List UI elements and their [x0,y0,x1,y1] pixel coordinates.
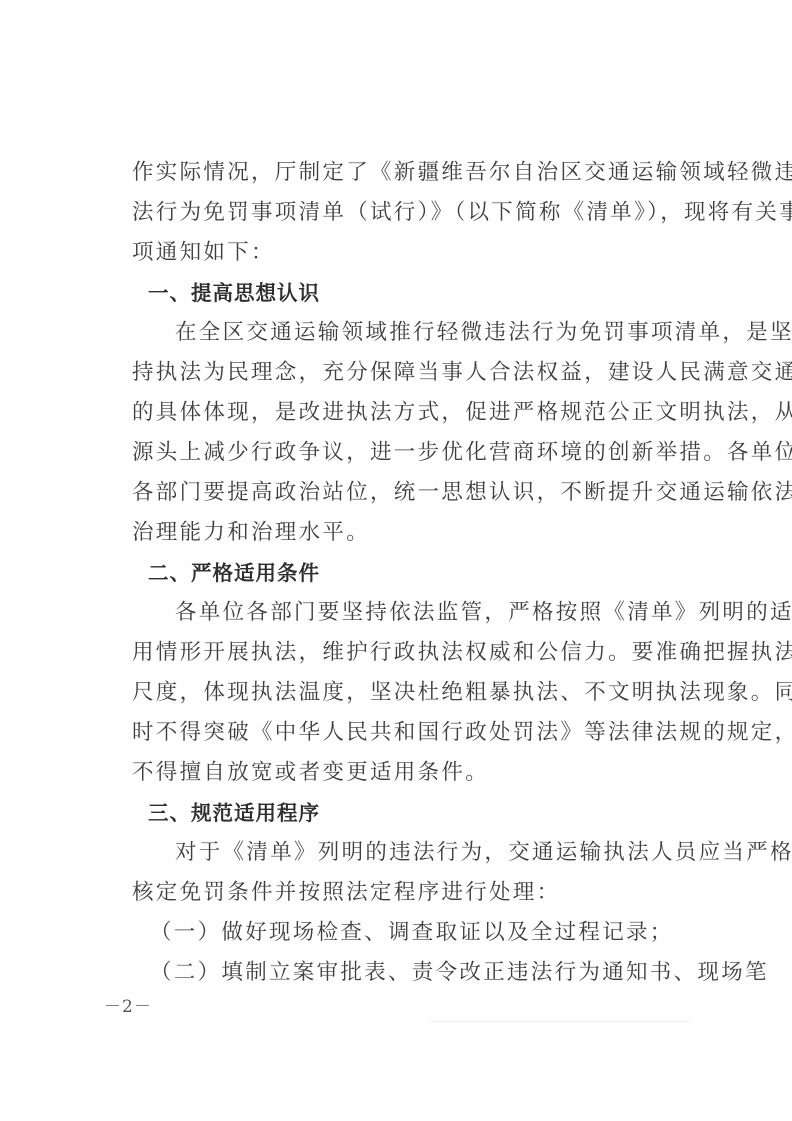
section-2-line-4: 时不得突破《中华人民共和国行政处罚法》等法律法规的规定， [132,720,692,746]
section-1-line-6: 治理能力和治理水平。 [132,520,692,546]
section-2-line-2: 用情形开展执法，维护行政执法权威和公信力。要准确把握执法 [132,640,692,666]
section-heading-1: 一、提高思想认识 [148,280,320,306]
section-1-line-1: 在全区交通运输领域推行轻微违法行为免罚事项清单，是坚 [175,320,735,346]
intro-line-3: 项通知如下： [132,240,692,266]
section-1-line-5: 各部门要提高政治站位，统一思想认识，不断提升交通运输依法 [132,480,692,506]
page-number: －2－ [104,997,152,1017]
section-2-line-3: 尺度，体现执法温度，坚决杜绝粗暴执法、不文明执法现象。同 [132,680,692,706]
intro-line-2: 法行为免罚事项清单（试行）》（以下简称《清单》），现将有关事 [132,200,692,226]
section-heading-3: 三、规范适用程序 [148,800,320,826]
section-1-line-4: 源头上减少行政争议，进一步优化营商环境的创新举措。各单位 [132,440,692,466]
section-heading-2: 二、严格适用条件 [148,560,320,586]
section-1-line-3: 的具体体现，是改进执法方式，促进严格规范公正文明执法，从 [132,400,692,426]
section-3-item-2: （二）填制立案审批表、责令改正违法行为通知书、现场笔 [150,960,710,986]
section-3-line-2: 核定免罚条件并按照法定程序进行处理： [132,880,692,906]
intro-line-1: 作实际情况，厅制定了《新疆维吾尔自治区交通运输领域轻微违 [132,160,692,186]
section-3-line-1: 对于《清单》列明的违法行为，交通运输执法人员应当严格 [175,840,735,866]
section-2-line-1: 各单位各部门要坚持依法监管，严格按照《清单》列明的适 [175,600,735,626]
section-2-line-5: 不得擅自放宽或者变更适用条件。 [132,760,692,786]
scan-artifact-line [430,1021,690,1022]
document-page: 作实际情况，厅制定了《新疆维吾尔自治区交通运输领域轻微违 法行为免罚事项清单（试… [0,0,792,1121]
section-1-line-2: 持执法为民理念，充分保障当事人合法权益，建设人民满意交通 [132,360,692,386]
section-3-item-1: （一）做好现场检查、调查取证以及全过程记录； [150,920,710,946]
